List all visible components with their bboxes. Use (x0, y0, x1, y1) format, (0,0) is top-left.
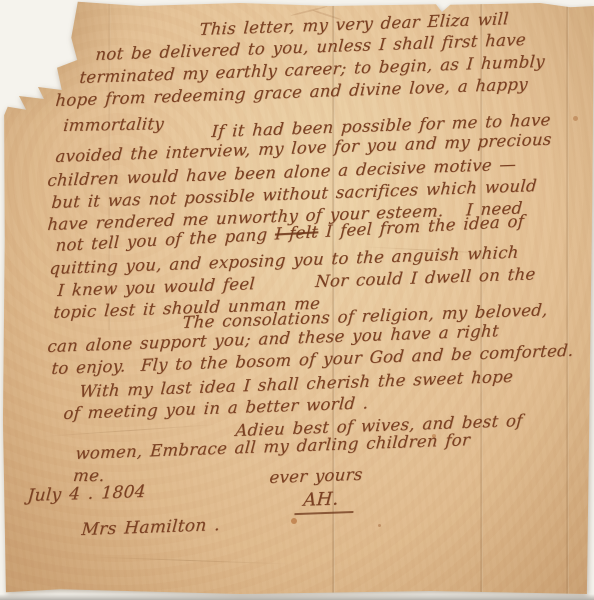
letter-paper: This letter, my very dear Eliza willnot … (0, 0, 594, 600)
letter-line: women, Embrace all my darling children f… (75, 432, 471, 462)
letter-line: immortality (63, 116, 165, 134)
addressee-line: Mrs Hamilton . (81, 517, 221, 539)
letter-body: This letter, my very dear Eliza willnot … (0, 0, 594, 600)
closing-line: ever yours (269, 467, 363, 487)
scan-background: This letter, my very dear Eliza willnot … (0, 0, 594, 600)
signature: AH. (294, 490, 355, 515)
scan-edge-shadow (0, 594, 594, 600)
letter-line: me. (72, 468, 105, 485)
letter-paper-wrap: This letter, my very dear Eliza willnot … (0, 0, 594, 600)
date-line: July 4 . 1804 (27, 484, 147, 505)
